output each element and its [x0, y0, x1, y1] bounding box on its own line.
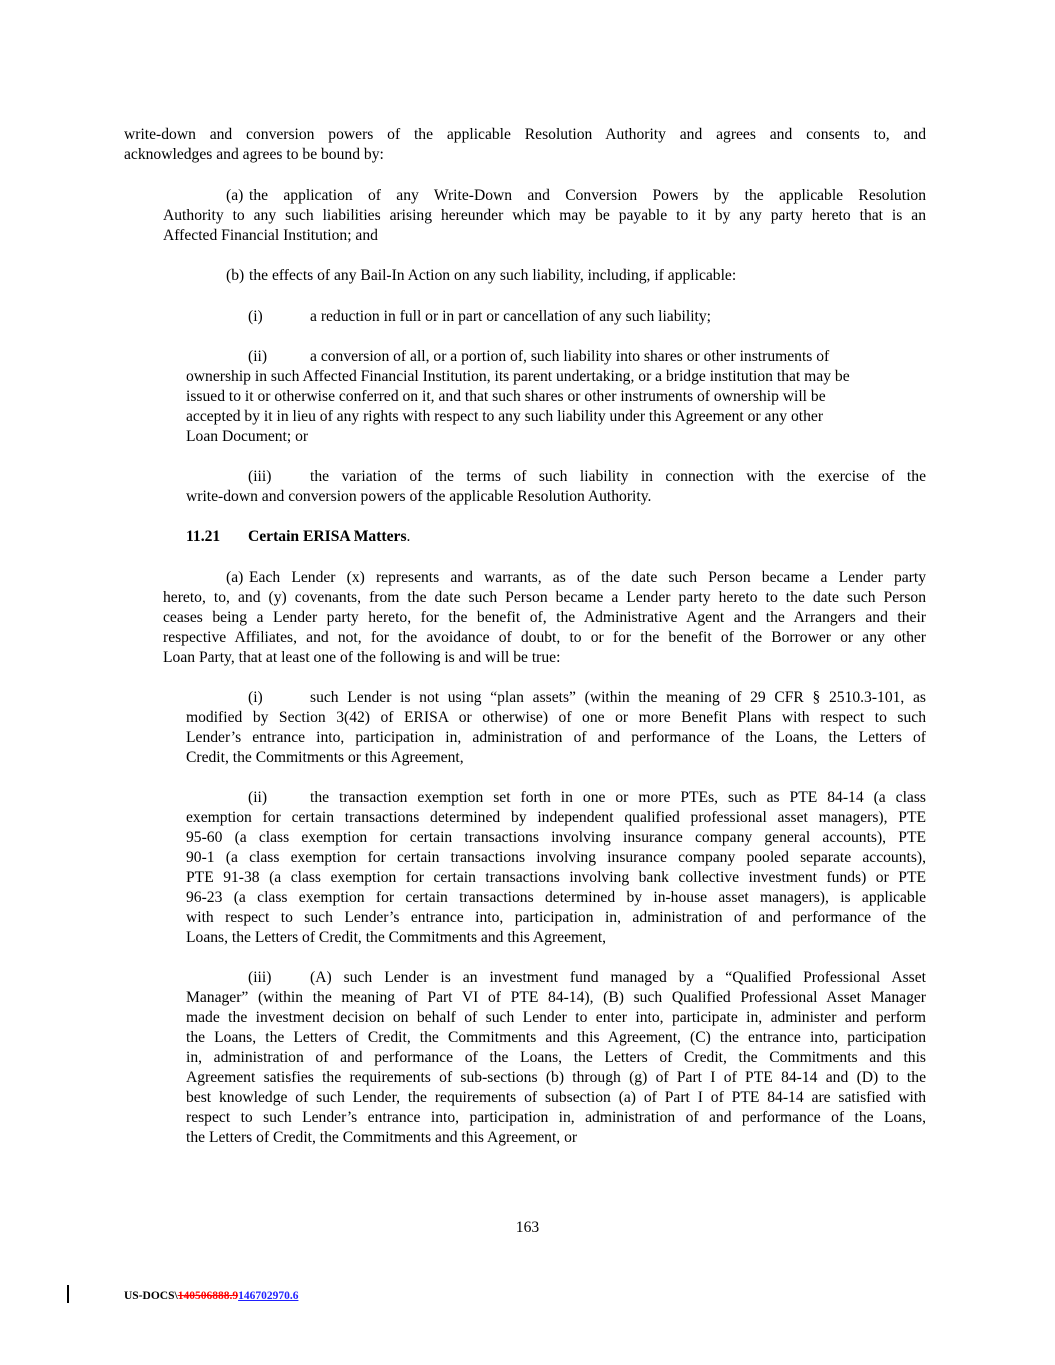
text-line: Loan Document; or [186, 427, 926, 447]
text-line: Credit, the Commitments or this Agreemen… [186, 748, 926, 768]
text-line: hereto, to, and (y) covenants, from the … [163, 588, 926, 608]
text-line: Authority to any such liabilities arisin… [163, 206, 926, 226]
text-line: ceases being a Lender party hereto, for … [163, 608, 926, 628]
clause-a-paragraph: (a) the application of any Write-Down an… [163, 186, 926, 246]
text-line: Each Lender (x) represents and warrants,… [249, 568, 926, 588]
text-line: 95-60 (a class exemption for certain tra… [186, 828, 926, 848]
clause-b-item-i: (i)a reduction in full or in part or can… [248, 307, 926, 327]
text-line: best knowledge of such Lender, the requi… [186, 1088, 926, 1108]
clause-b-item-ii: (ii)a conversion of all, or a portion of… [186, 347, 926, 447]
text-line: exemption for certain transactions deter… [186, 808, 926, 828]
clause-b-label: (b) [226, 266, 249, 286]
text-line: (A) such Lender is an investment fund ma… [310, 968, 926, 988]
text-line: Agreement satisfies the requirements of … [186, 1068, 926, 1088]
revision-change-bar [67, 1285, 69, 1303]
text-line: PTE 91-38 (a class exemption for certain… [186, 868, 926, 888]
text-line: the transaction exemption set forth in o… [310, 788, 926, 808]
text-line: in, administration of and performance of… [186, 1048, 926, 1068]
clause-a-label: (a) [226, 186, 249, 206]
page-number: 163 [0, 1218, 1055, 1238]
text-line: acknowledges and agrees to be bound by: [124, 145, 926, 165]
item-label: (i) [248, 307, 310, 327]
text-line: the Letters of Credit, the Commitments a… [186, 1128, 926, 1148]
document-page: write-down and conversion powers of the … [0, 0, 1055, 1365]
section-heading: 11.21Certain ERISA Matters. [186, 527, 410, 547]
text-line: modified by Section 3(42) of ERISA or ot… [186, 708, 926, 728]
text-line: ownership in such Affected Financial Ins… [186, 367, 926, 387]
item-label: (ii) [248, 347, 310, 367]
section-title-period: . [407, 528, 411, 545]
item-label: (i) [248, 688, 310, 708]
text-line: the application of any Write-Down and Co… [249, 186, 926, 206]
text-line: Lender’s entrance into, participation in… [186, 728, 926, 748]
inserted-doc-id: 146702970.6 [238, 1290, 298, 1302]
text-line: made the investment decision on behalf o… [186, 1008, 926, 1028]
text-line: the variation of the terms of such liabi… [310, 467, 926, 487]
clause-b-item-iii: (iii) the variation of the terms of such… [186, 467, 926, 507]
item-label: (ii) [248, 788, 310, 808]
text-line: Affected Financial Institution; and [163, 226, 926, 246]
deleted-doc-id: 140506888.9 [178, 1290, 238, 1302]
text-line: Loans, the Letters of Credit, the Commit… [186, 928, 926, 948]
text-line: a conversion of all, or a portion of, su… [310, 348, 829, 365]
erisa-a-label: (a) [226, 568, 249, 588]
text-line: a reduction in full or in part or cancel… [310, 308, 711, 325]
text-line: Manager” (within the meaning of Part VI … [186, 988, 926, 1008]
text-line: issued to it or otherwise conferred on i… [186, 387, 926, 407]
section-number: 11.21 [186, 527, 248, 547]
text-line: respect to such Lender’s entrance into, … [186, 1108, 926, 1128]
text-line: respective Affiliates, and not, for the … [163, 628, 926, 648]
document-id-footer: US-DOCS\140506888.9146702970.6 [124, 1288, 298, 1304]
text-line: the Loans, the Letters of Credit, the Co… [186, 1028, 926, 1048]
section-title: Certain ERISA Matters [248, 528, 407, 545]
text-line: 96-23 (a class exemption for certain tra… [186, 888, 926, 908]
text-line: Loan Party, that at least one of the fol… [163, 648, 926, 668]
text-line: 90-1 (a class exemption for certain tran… [186, 848, 926, 868]
item-label: (iii) [248, 968, 310, 988]
item-label: (iii) [248, 467, 310, 487]
text-line: accepted by it in lieu of any rights wit… [186, 407, 926, 427]
text-line: write-down and conversion powers of the … [124, 125, 926, 145]
erisa-item-iii: (iii) (A) such Lender is an investment f… [186, 968, 926, 1148]
text-line: the effects of any Bail-In Action on any… [249, 267, 736, 284]
erisa-item-i: (i) such Lender is not using “plan asset… [186, 688, 926, 768]
intro-paragraph: write-down and conversion powers of the … [124, 125, 926, 165]
clause-b-paragraph: (b)the effects of any Bail-In Action on … [226, 266, 926, 286]
text-line: with respect to such Lender’s entrance i… [186, 908, 926, 928]
erisa-item-ii: (ii) the transaction exemption set forth… [186, 788, 926, 948]
text-line: such Lender is not using “plan assets” (… [310, 688, 926, 708]
text-line: write-down and conversion powers of the … [186, 487, 926, 507]
doc-id-prefix: US-DOCS\ [124, 1290, 178, 1302]
erisa-a-paragraph: (a) Each Lender (x) represents and warra… [163, 568, 926, 668]
